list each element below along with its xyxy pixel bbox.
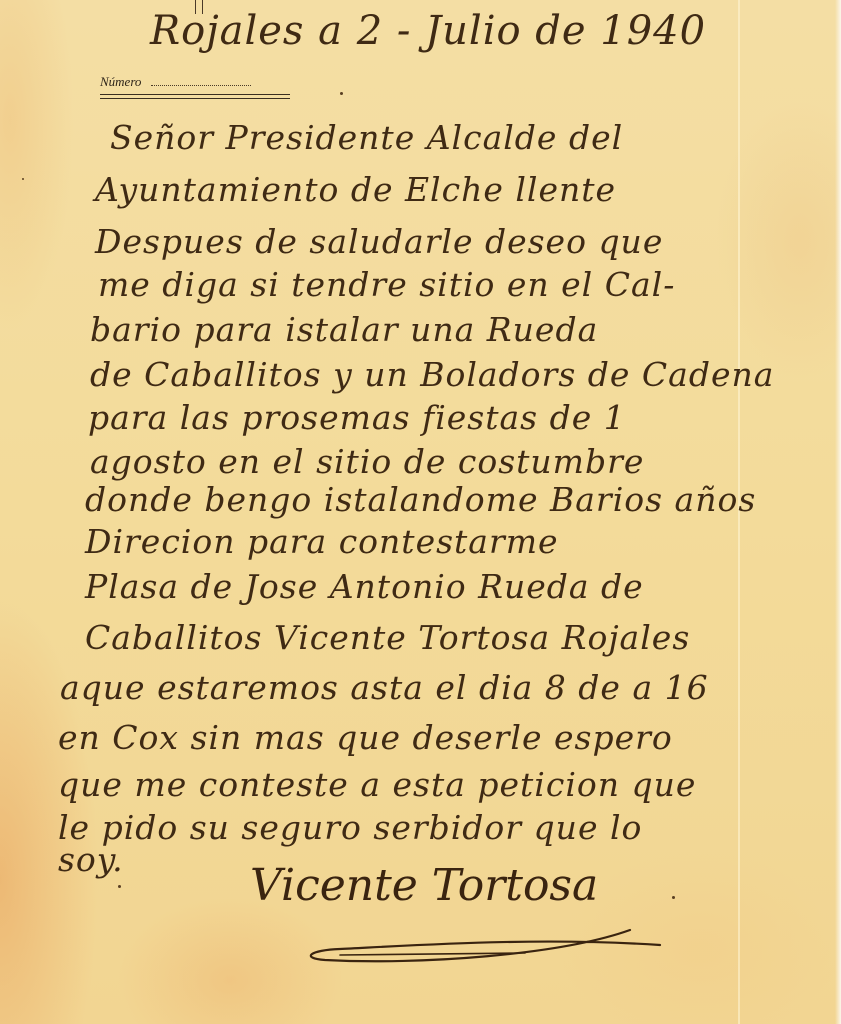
letter-line-14: en Cox sin mas que deserle espero <box>58 718 673 757</box>
letter-line-2: Ayuntamiento de Elche llente <box>95 170 616 209</box>
ink-speck <box>672 896 675 899</box>
date-line: Rojales a 2 - Julio de 1940 <box>150 8 706 54</box>
letter-line-13: aque estaremos asta el dia 8 de a 16 <box>60 668 709 707</box>
letter-line-3: Despues de saludarle deseo que <box>95 222 663 261</box>
letter-line-6: de Caballitos y un Boladors de Cadena <box>90 355 774 394</box>
ink-speck <box>118 885 121 888</box>
letter-line-8: agosto en el sitio de costumbre <box>90 442 644 481</box>
letter-line-9: donde bengo istalandome Barios años <box>85 480 756 519</box>
letter-page: Rojales a 2 - Julio de 1940 Número Señor… <box>0 0 841 1024</box>
paper-right-edge <box>835 0 841 1024</box>
letter-line-16: le pido su seguro serbidor que lo <box>58 808 642 847</box>
letter-line-5: bario para istalar una Rueda <box>90 310 598 349</box>
ink-speck <box>340 92 343 95</box>
letter-line-7: para las prosemas fiestas de 1 <box>88 398 626 437</box>
letter-line-11: Plasa de Jose Antonio Rueda de <box>85 567 644 606</box>
signature: Vicente Tortosa <box>250 860 598 911</box>
ink-speck <box>22 178 24 180</box>
letter-line-1: Señor Presidente Alcalde del <box>110 118 623 157</box>
letter-line-17: soy. <box>58 840 124 879</box>
numero-label: Número <box>100 74 141 90</box>
numero-field: Número <box>100 74 290 90</box>
numero-double-rule <box>100 94 290 99</box>
letter-line-10: Direcion para contestarme <box>85 522 559 561</box>
letter-line-15: que me conteste a esta peticion que <box>58 765 696 804</box>
letter-line-4: me diga si tendre sitio en el Cal- <box>98 265 675 304</box>
signature-flourish <box>300 925 680 975</box>
numero-dotted-line <box>151 75 251 86</box>
letter-line-12: Caballitos Vicente Tortosa Rojales <box>85 618 690 657</box>
